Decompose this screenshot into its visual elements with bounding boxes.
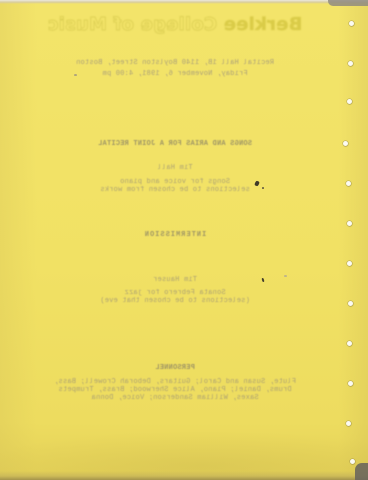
punch-hole bbox=[348, 61, 353, 66]
punch-hole bbox=[349, 21, 354, 26]
personnel-line-1: Flute, Susan and Carol; Guitars, Deborah… bbox=[6, 379, 344, 386]
scanned-program-page: Berklee College of Music Recital Hall 1B… bbox=[0, 0, 368, 480]
stain-speck bbox=[284, 275, 287, 277]
datetime-line: Friday, November 6, 1981, 4:00 pm bbox=[6, 71, 344, 78]
punch-hole bbox=[348, 301, 353, 306]
scanner-corner-bottom-right bbox=[355, 463, 368, 480]
punch-hole bbox=[346, 421, 351, 426]
punch-hole bbox=[347, 221, 352, 226]
performer-1-name: Tim Hall bbox=[6, 165, 344, 172]
personnel-heading: PERSONNEL bbox=[6, 365, 344, 372]
logo-college-text: College of Music bbox=[48, 14, 224, 35]
performer-2-name: Tim Hauser bbox=[6, 277, 344, 284]
program-line-1a: Songs for voice and piano bbox=[6, 179, 344, 186]
program-title: SONGS AND ARIAS FOR A JOINT RECITAL bbox=[6, 141, 344, 148]
program-line-2b: (selections to be chosen that eve) bbox=[6, 298, 344, 305]
paper-edge-top bbox=[0, 0, 368, 4]
punch-hole bbox=[346, 181, 351, 186]
stain-speck bbox=[262, 187, 264, 189]
punch-hole bbox=[350, 459, 355, 464]
punch-hole bbox=[347, 341, 352, 346]
logo-showthrough: Berklee College of Music bbox=[6, 16, 344, 34]
intermission-label: INTERMISSION bbox=[6, 232, 344, 239]
stain-speck bbox=[74, 74, 77, 76]
personnel-line-3: Saxes, William Sanderson; Voice, Donna bbox=[6, 395, 344, 402]
paper-edge-bottom bbox=[0, 471, 368, 480]
program-line-2a: Sonata Febrero for jazz bbox=[6, 290, 344, 297]
program-line-1b: selections to be chosen from works bbox=[6, 187, 344, 194]
venue-line: Recital Hall 1B, 1140 Boylston Street, B… bbox=[6, 60, 344, 67]
punch-hole bbox=[347, 99, 352, 104]
logo-berklee-text: Berklee bbox=[224, 14, 303, 35]
personnel-line-2: Drums, Daniel; Piano, Alice Sherwood; Br… bbox=[6, 387, 344, 394]
scanner-corner-top-right bbox=[328, 0, 368, 6]
punch-hole bbox=[348, 381, 353, 386]
punch-hole bbox=[347, 261, 352, 266]
